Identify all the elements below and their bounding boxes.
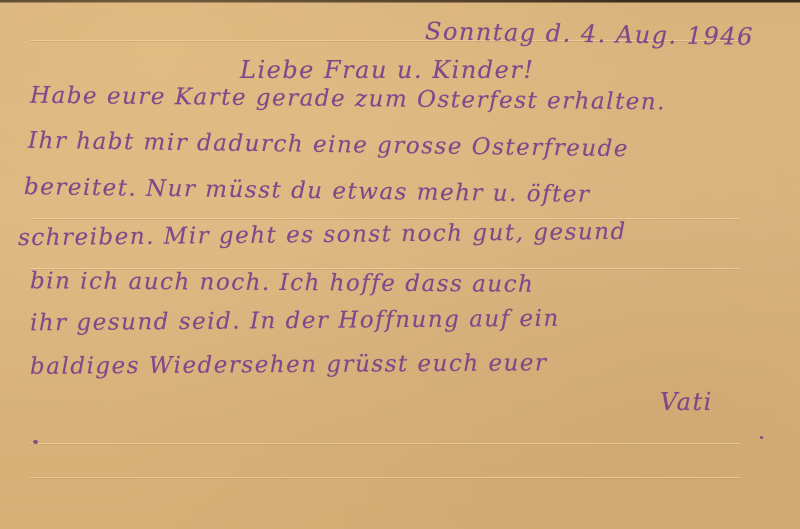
letter-body-line: Habe eure Karte gerade zum Osterfest erh… — [30, 83, 666, 116]
letter-body-line: bin ich auch noch. Ich hoffe dass auch — [30, 268, 535, 298]
letter-body-line: ihr gesund seid. In der Hoffnung auf ein — [30, 306, 560, 337]
letter-date: Sonntag d. 4. Aug. 1946 — [425, 17, 754, 51]
letter-body-line: Ihr habt mir dadurch eine grosse Osterfr… — [28, 128, 629, 162]
ink-spot — [33, 440, 38, 444]
ink-spot — [760, 436, 763, 439]
letter-body-line: schreiben. Mir geht es sonst noch gut, g… — [18, 219, 627, 251]
paper-crease — [30, 218, 740, 219]
letter-body-line: bereitet. Nur müsst du etwas mehr u. öft… — [24, 174, 591, 208]
letter-signature: Vati — [660, 388, 713, 416]
letter-body-line: baldiges Wiedersehen grüsst euch euer — [30, 350, 548, 380]
letter-salutation: Liebe Frau u. Kinder! — [240, 56, 535, 84]
paper-crease — [30, 477, 740, 478]
letter-paper: Sonntag d. 4. Aug. 1946 Liebe Frau u. Ki… — [0, 0, 800, 529]
paper-crease — [30, 443, 740, 444]
